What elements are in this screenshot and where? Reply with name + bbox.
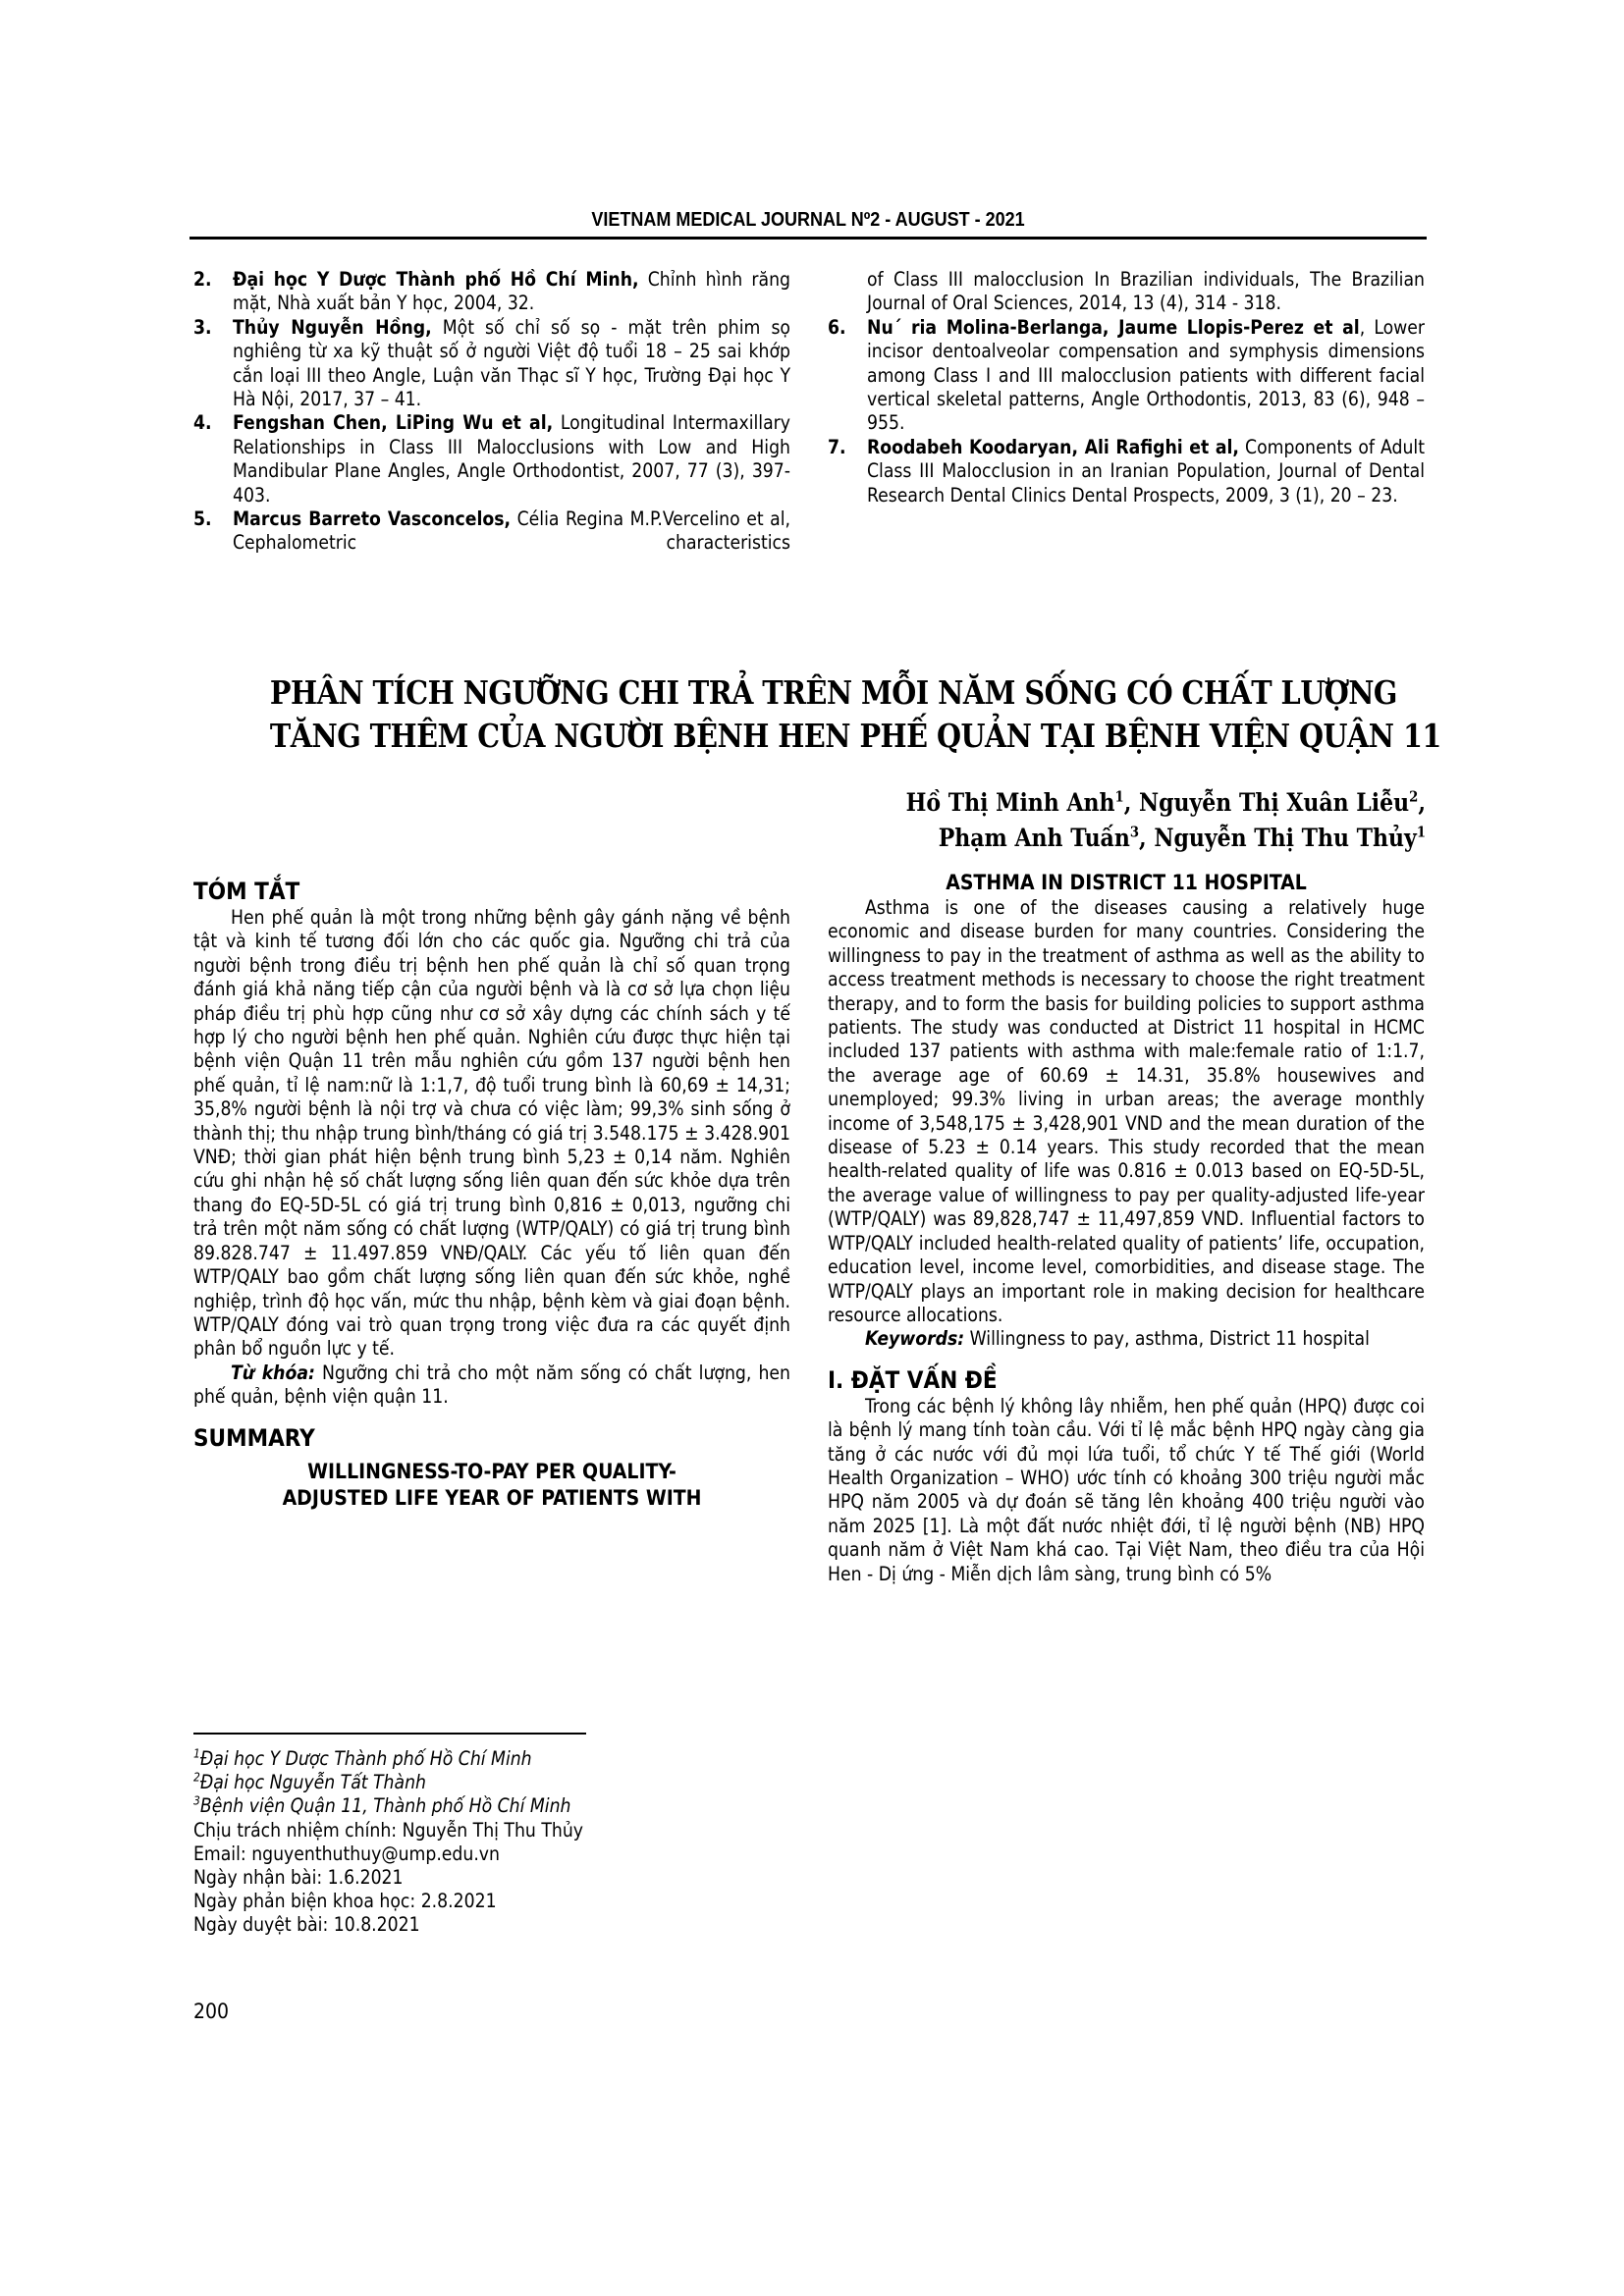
reference-authors: Fengshan Chen, LiPing Wu et al, xyxy=(233,411,553,434)
summary-heading: SUMMARY xyxy=(193,1423,790,1453)
authors-line-1: Hồ Thị Minh Anh1, Nguyễn Thị Xuân Liễu2, xyxy=(821,785,1426,821)
footnotes: 1Đại học Y Dược Thành phố Hồ Chí Minh 2Đ… xyxy=(193,1747,790,1938)
article-title-line-1: PHÂN TÍCH NGƯỠNG CHI TRẢ TRÊN MỖI NĂM SỐ… xyxy=(270,671,1346,715)
abstract-heading: TÓM TẮT xyxy=(193,877,790,906)
summary-title-line-3: ASTHMA IN DISTRICT 11 HOSPITAL xyxy=(828,870,1425,896)
summary-title-line-2: ADJUSTED LIFE YEAR OF PATIENTS WITH xyxy=(193,1485,790,1512)
corresponding-author: Chịu trách nhiệm chính: Nguyễn Thị Thu T… xyxy=(193,1819,790,1842)
article-authors: Hồ Thị Minh Anh1, Nguyễn Thị Xuân Liễu2,… xyxy=(738,785,1426,856)
reference-authors: Marcus Barreto Vasconcelos, xyxy=(233,507,511,530)
author-name: Nguyễn Thị Xuân Liễu xyxy=(1139,788,1409,817)
reference-item: 4. Fengshan Chen, LiPing Wu et al, Longi… xyxy=(193,411,790,507)
author-affiliation-mark: 3 xyxy=(1130,824,1139,841)
abstract-body: Hen phế quản là một trong những bệnh gây… xyxy=(193,906,790,1362)
references-left: 2. Đại học Y Dược Thành phố Hồ Chí Minh,… xyxy=(193,268,790,556)
author-name: Hồ Thị Minh Anh xyxy=(906,788,1115,817)
reference-authors: Nu´ ria Molina-Berlanga, Jaume Llopis-Pe… xyxy=(867,316,1360,339)
reference-item-continued: of Class III malocclusion In Brazilian i… xyxy=(828,268,1425,316)
corresponding-email: Email: nguyenthuthuy@ump.edu.vn xyxy=(193,1842,790,1866)
footnote-rule xyxy=(193,1733,586,1735)
keywords-text: Willingness to pay, asthma, District 11 … xyxy=(964,1327,1370,1350)
date-received: Ngày nhận bài: 1.6.2021 xyxy=(193,1866,790,1890)
reference-text: of Class III malocclusion In Brazilian i… xyxy=(867,268,1425,316)
running-header: VIETNAM MEDICAL JOURNAL Nº2 - AUGUST - 2… xyxy=(251,209,1365,232)
date-accepted: Ngày duyệt bài: 10.8.2021 xyxy=(193,1913,790,1937)
affiliation-3: 3Bệnh viện Quận 11, Thành phố Hồ Chí Min… xyxy=(193,1794,790,1818)
summary-title-line-1: WILLINGNESS-TO-PAY PER QUALITY- xyxy=(193,1459,790,1485)
affiliation-2: 2Đại học Nguyễn Tất Thành xyxy=(193,1771,790,1794)
introduction-body: Trong các bệnh lý không lây nhiễm, hen p… xyxy=(828,1395,1425,1586)
reference-item: 2. Đại học Y Dược Thành phố Hồ Chí Minh,… xyxy=(193,268,790,316)
header-rule xyxy=(189,237,1427,240)
page-number: 200 xyxy=(193,2000,229,2023)
reference-item: 7. Roodabeh Koodaryan, Ali Rafighi et al… xyxy=(828,436,1425,507)
author-name: Phạm Anh Tuấn xyxy=(939,824,1130,852)
abstract-keywords: Từ khóa: Ngưỡng chi trả cho một năm sống… xyxy=(193,1362,790,1410)
summary-body: Asthma is one of the diseases causing a … xyxy=(828,896,1425,1327)
abstract-vietnamese: TÓM TẮT Hen phế quản là một trong những … xyxy=(193,877,790,1512)
reference-authors: Đại học Y Dược Thành phố Hồ Chí Minh, xyxy=(233,268,639,291)
article-title-line-2: TĂNG THÊM CỦA NGƯỜI BỆNH HEN PHẾ QUẢN TẠ… xyxy=(270,715,1346,758)
introduction-heading: I. ĐẶT VẤN ĐỀ xyxy=(828,1365,1425,1395)
author-affiliation-mark: 2 xyxy=(1409,788,1418,806)
abstract-english: ASTHMA IN DISTRICT 11 HOSPITAL Asthma is… xyxy=(828,870,1425,1586)
affiliation-1: 1Đại học Y Dược Thành phố Hồ Chí Minh xyxy=(193,1747,790,1771)
summary-keywords: Keywords: Willingness to pay, asthma, Di… xyxy=(828,1327,1425,1351)
keywords-label: Keywords: xyxy=(865,1327,964,1350)
authors-line-2: Phạm Anh Tuấn3, Nguyễn Thị Thu Thủy1 xyxy=(821,821,1426,856)
references-right: of Class III malocclusion In Brazilian i… xyxy=(828,268,1425,507)
article-title: PHÂN TÍCH NGƯỠNG CHI TRẢ TRÊN MỖI NĂM SỐ… xyxy=(189,671,1427,758)
reference-item: 6. Nu´ ria Molina-Berlanga, Jaume Llopis… xyxy=(828,316,1425,436)
author-affiliation-mark: 1 xyxy=(1115,788,1124,806)
date-reviewed: Ngày phản biện khoa học: 2.8.2021 xyxy=(193,1890,790,1913)
author-name: Nguyễn Thị Thu Thủy xyxy=(1154,824,1416,852)
reference-authors: Roodabeh Koodaryan, Ali Rafighi et al, xyxy=(867,436,1239,458)
keywords-label: Từ khóa: xyxy=(231,1362,315,1384)
author-affiliation-mark: 1 xyxy=(1417,824,1426,841)
reference-item: 3. Thủy Nguyễn Hồng, Một số chỉ số sọ - … xyxy=(193,316,790,412)
reference-authors: Thủy Nguyễn Hồng, xyxy=(233,316,432,339)
reference-item: 5. Marcus Barreto Vasconcelos, Célia Reg… xyxy=(193,507,790,556)
